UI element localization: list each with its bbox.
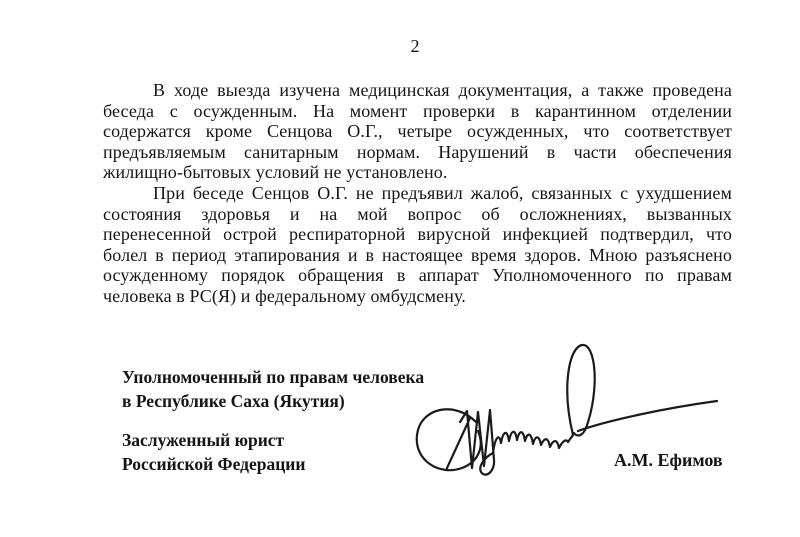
text-line: содержатся кроме Сенцова О.Г., четыре ос… <box>103 121 732 142</box>
text-line: состояния здоровья и на мой вопрос об ос… <box>103 204 732 225</box>
document-body: В ходе выезда изучена медицинская докуме… <box>103 80 732 307</box>
text-line: В ходе выезда изучена медицинская докуме… <box>103 80 732 101</box>
position-title-line1: Уполномоченный по правам человека <box>122 366 424 390</box>
text-line: болел в период этапирования и в настояще… <box>103 245 732 266</box>
honor-title-line2: Российской Федерации <box>122 453 305 477</box>
signatory-honor-title: Заслуженный юрист Российской Федерации <box>122 429 305 476</box>
text-line: предъявляемым санитарным нормам. Нарушен… <box>103 142 732 163</box>
text-line: человека в РС(Я) и федеральному омбудсме… <box>103 286 732 307</box>
text-line: жилищно-бытовых условий не установлено. <box>103 162 732 183</box>
page-number: 2 <box>0 36 800 57</box>
signatory-name: А.М. Ефимов <box>614 450 723 471</box>
position-title-line2: в Республике Саха (Якутия) <box>122 390 424 414</box>
document-page: 2 В ходе выезда изучена медицинская доку… <box>0 0 800 537</box>
paragraph-interview: При беседе Сенцов О.Г. не предъявил жало… <box>103 183 732 307</box>
paragraph-inspection: В ходе выезда изучена медицинская докуме… <box>103 80 732 183</box>
text-line: осужденному порядок обращения в аппарат … <box>103 265 732 286</box>
text-line: перенесенной острой респираторной вирусн… <box>103 224 732 245</box>
text-line: беседа с осужденным. На момент проверки … <box>103 101 732 122</box>
signatory-position-title: Уполномоченный по правам человека в Респ… <box>122 366 424 413</box>
text-line: При беседе Сенцов О.Г. не предъявил жало… <box>103 183 732 204</box>
honor-title-line1: Заслуженный юрист <box>122 429 305 453</box>
